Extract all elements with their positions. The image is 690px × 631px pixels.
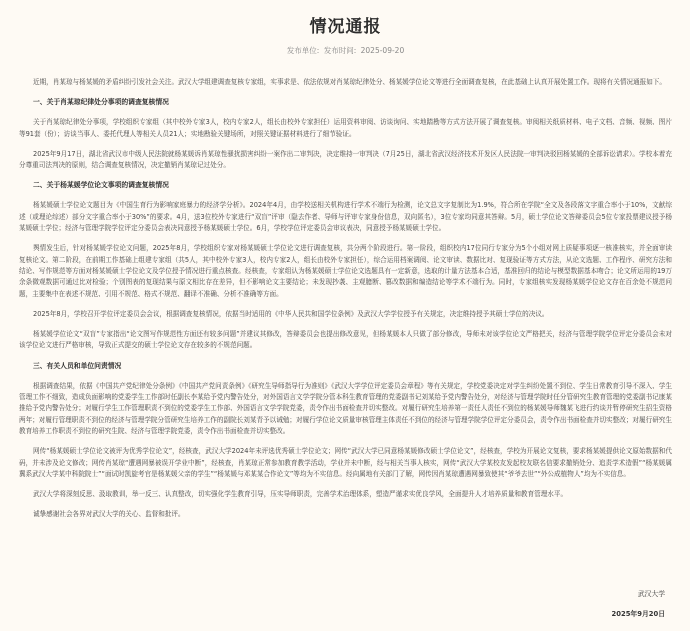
page-title: 情况通报 [19,0,672,38]
publish-time-label: 发布时间: [324,46,357,55]
paragraph: 武汉大学将深刻反思、汲取教训，举一反三、认真整改，切实强化学生教育引导，压实导师… [19,489,672,500]
paragraph: 根据调查结果，依据《中国共产党纪律处分条例》《中国共产党问责条例》《研究生导师指… [19,381,672,437]
signature-organization: 武汉大学 [612,589,666,599]
section-heading: 二、关于杨某媛学位论文事项的调查复核情况 [19,180,672,191]
paragraph: 关于肖某琼纪律处分事项，学校组织专家组（其中校外专家3人，校内专家2人，组长由校… [19,117,672,140]
paragraph: 诚挚感谢社会各界对武汉大学的关心、监督和批评。 [19,509,672,520]
paragraph: 2025年9月17日，湖北省武汉市中级人民法院就杨某媛诉肖某琼性骚扰损害纠纷一案… [19,149,672,172]
signature-date: 2025年9月20日 [612,609,666,619]
paragraph: 网传“杨某媛硕士学位论文被评为优秀学位论文”，经核查，武汉大学2024年未评选优… [19,446,672,480]
publish-date: 2025-09-20 [361,46,405,55]
intro-paragraph: 近期，肖某琼与杨某媛的矛盾纠纷引发社会关注。武汉大学组建调查复核专家组，实事求是… [19,77,672,88]
notice-page: 情况通报 发布单位: 发布时间: 2025-09-20 近期，肖某琼与杨某媛的矛… [0,0,690,631]
paragraph: 杨某媛硕士学位论文题目为《中国生育行为影响家庭暴力的经济学分析》。2024年4月… [19,200,672,234]
paragraph: 舆情发生后，针对杨某媛学位论文问题，2025年8月，学校组织专家对杨某媛硕士学位… [19,243,672,299]
paragraph: 2025年8月，学校召开学位评定委员会会议，根据调查复核情况，依据当时适用的《中… [19,309,672,320]
publish-meta: 发布单位: 发布时间: 2025-09-20 [19,46,672,56]
section-heading: 一、关于肖某琼纪律处分事项的调查复核情况 [19,97,672,108]
paragraph: 杨某媛学位论文“双盲”专家指出“论文图写作规范性方面还有较多问题”并建议其修改，… [19,329,672,352]
publisher-label: 发布单位: [287,46,320,55]
section-heading: 三、有关人员和单位问责情况 [19,361,672,372]
signature-block: 武汉大学 2025年9月20日 [612,589,666,619]
article-body: 近期，肖某琼与杨某媛的矛盾纠纷引发社会关注。武汉大学组建调查复核专家组，实事求是… [19,77,672,521]
